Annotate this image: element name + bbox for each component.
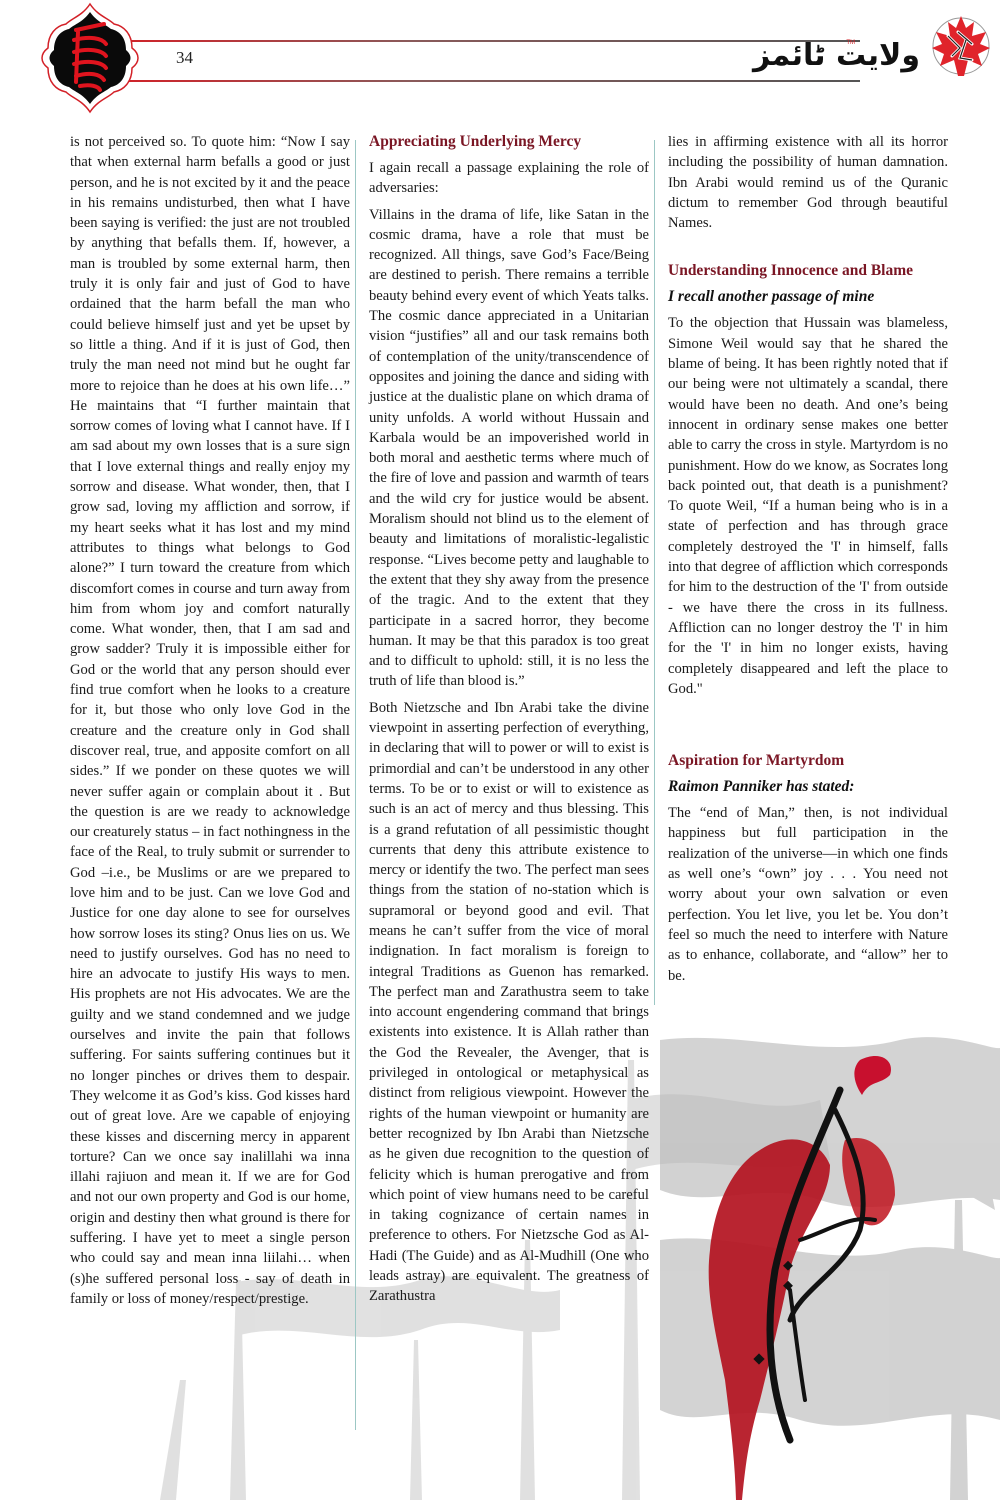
body-paragraph: is not perceived so. To quote him: “Now …: [70, 132, 350, 1309]
header-rule-bottom: [110, 80, 860, 82]
body-paragraph: Villains in the drama of life, like Sata…: [369, 205, 649, 692]
header-rule-top: [110, 40, 860, 42]
section-subheading: Raimon Panniker has stated:: [668, 777, 948, 797]
article-column-1: is not perceived so. To quote him: “Now …: [70, 132, 350, 1315]
column-divider: [654, 140, 655, 1005]
article-column-2: Appreciating Underlying Mercy I again re…: [369, 132, 649, 1313]
body-paragraph: I again recall a passage explaining the …: [369, 158, 649, 199]
maple-leaf-logo-icon: [930, 14, 992, 78]
section-heading: Aspiration for Martyrdom: [668, 751, 948, 771]
body-paragraph: To the objection that Hussain was blamel…: [668, 313, 948, 699]
brand-wordmark: ولایت ٹائمز: [753, 38, 920, 73]
column-divider: [355, 140, 356, 1430]
calligraphy-medallion-icon: [40, 2, 140, 114]
body-paragraph: lies in affirming existence with all its…: [668, 132, 948, 233]
page-header: 34 ولایت ٹائمز TM: [0, 0, 1000, 120]
section-subheading: I recall another passage of mine: [668, 287, 948, 307]
article-column-3: lies in affirming existence with all its…: [668, 132, 948, 992]
body-paragraph: Both Nietzsche and Ibn Arabi take the di…: [369, 698, 649, 1307]
trademark-mark: TM: [846, 40, 855, 46]
page-number: 34: [176, 48, 193, 68]
body-paragraph: The “end of Man,” then, is not individua…: [668, 803, 948, 986]
section-heading: Appreciating Underlying Mercy: [369, 132, 649, 152]
section-heading: Understanding Innocence and Blame: [668, 261, 948, 281]
